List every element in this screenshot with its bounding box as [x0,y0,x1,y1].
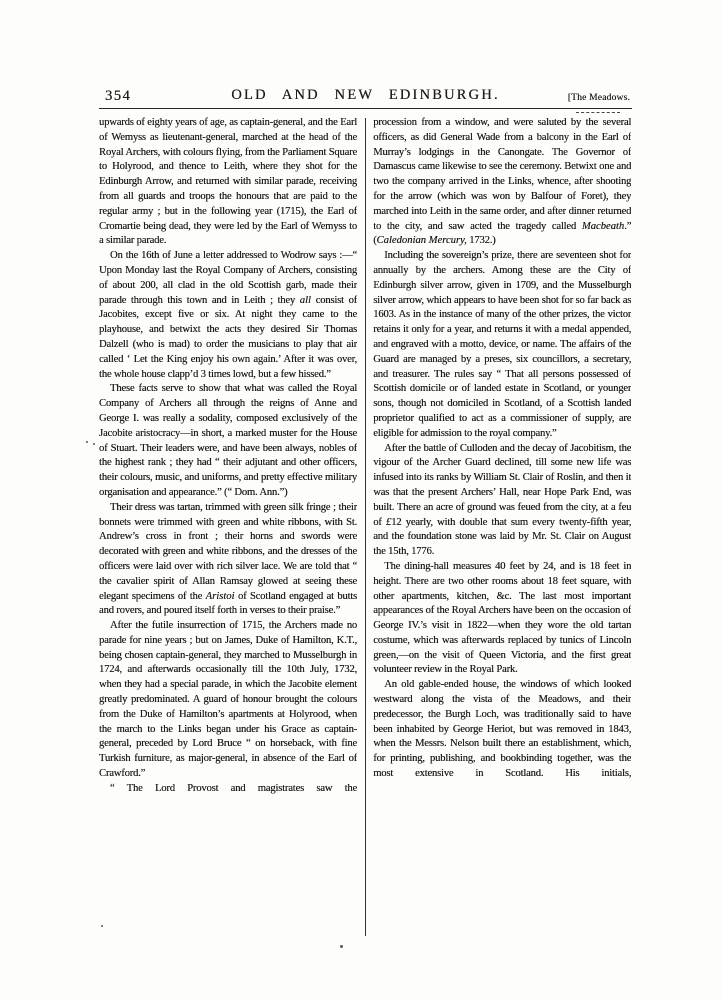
paragraph: procession from a window, and were salut… [373,116,631,249]
body-text: These facts serve to show that what was … [99,383,357,498]
body-text: Including the sovereign’s prize, there a… [373,250,631,439]
body-text: consist of Jacobites, except five or six… [99,295,357,380]
body-text: 12 yearly, with double that sum every tw… [373,517,631,558]
paragraph: Including the sovereign’s prize, there a… [373,249,631,441]
header-rule-fragment [576,112,620,113]
body-text: procession from a window, and were salut… [373,117,631,232]
right-column-text: procession from a window, and were salut… [373,116,631,940]
book-page: 354 OLD AND NEW EDINBURGH. [The Meadows.… [0,0,722,1000]
column-divider [365,118,366,936]
paragraph: “ The Lord Provost and magistrates saw t… [99,782,357,797]
scan-speck [86,441,88,443]
paragraph: On the 16th of June a letter addressed t… [99,249,357,382]
header-rule [99,108,632,109]
italic-text: all [300,295,311,306]
paragraph: After the battle of Culloden and the dec… [373,442,631,560]
body-text: “ The Lord Provost and magistrates saw t… [110,783,357,794]
paragraph: These facts serve to show that what was … [99,382,357,500]
page-header: 354 OLD AND NEW EDINBURGH. [The Meadows. [99,86,632,108]
scan-speck [101,925,103,927]
italic-text: Macbeath [582,221,624,232]
scan-speck [340,945,343,948]
paragraph: The dining-hall measures 40 feet by 24, … [373,560,631,678]
italic-text: Aristoi [206,591,235,602]
body-text: After the futile insurrection of 1715, t… [99,620,357,779]
body-text: An old gable-ended house, the windows of… [373,679,631,779]
paragraph: upwards of eighty years of age, as capta… [99,116,357,249]
italic-text: Caledonian Mercury, [377,235,467,246]
body-text: Their dress was tartan, trimmed with gre… [99,502,357,602]
body-text: upwards of eighty years of age, as capta… [99,117,357,246]
body-text: 1732.) [467,235,496,246]
running-side-note: [The Meadows. [568,93,630,103]
left-column-text: upwards of eighty years of age, as capta… [99,116,357,940]
running-title: OLD AND NEW EDINBURGH. [99,87,632,104]
body-text: The dining-hall measures 40 feet by 24, … [373,561,631,676]
text-columns: upwards of eighty years of age, as capta… [99,116,632,940]
paragraph: An old gable-ended house, the windows of… [373,678,631,782]
paragraph: After the futile insurrection of 1715, t… [99,619,357,782]
paragraph: Their dress was tartan, trimmed with gre… [99,501,357,619]
scan-speck [93,443,95,445]
body-text: After the battle of Culloden and the dec… [373,443,631,528]
